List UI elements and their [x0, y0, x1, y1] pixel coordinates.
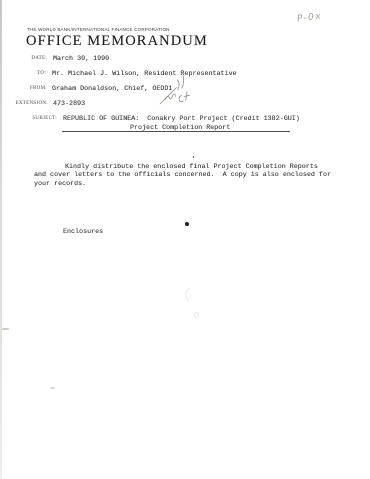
field-row-date: DATE: March 30, 1990: [0, 55, 370, 65]
scan-speck-artifact: [2, 328, 9, 330]
letterhead-org-line: THE WORLD BANK/INTERNATIONAL FINANCE COR…: [27, 27, 170, 32]
to-value: Mr. Michael J. Wilson, Resident Represen…: [52, 70, 237, 78]
memo-scan-page: THE WORLD BANK/INTERNATIONAL FINANCE COR…: [0, 0, 370, 479]
enclosures-label: Enclosures: [63, 228, 103, 236]
subject-underline: [62, 131, 290, 132]
date-label: DATE:: [0, 56, 47, 61]
extension-label: EXTENSION:: [0, 101, 48, 106]
from-label: FROM:: [0, 86, 47, 91]
from-value: Graham Donaldson, Chief, OEDD1: [52, 85, 172, 93]
subject-label: SUBJECT:: [0, 116, 57, 121]
field-row-extension: EXTENSION: 473-2893: [0, 100, 370, 110]
field-row-from: FROM: Graham Donaldson, Chief, OEDD1: [0, 85, 370, 95]
subject-value-line1: REPUBLIC OF GUINEA: Conakry Port Project…: [63, 115, 300, 123]
date-value: March 30, 1990: [53, 55, 109, 63]
body-line: Kindly distribute the enclosed final Pro…: [34, 163, 349, 172]
memo-body-paragraph: Kindly distribute the enclosed final Pro…: [34, 163, 349, 189]
extension-value: 473-2893: [53, 100, 85, 108]
body-line: and cover letters to the officials conce…: [34, 171, 349, 180]
stray-mark-artifact: [193, 156, 194, 158]
handwritten-note-top-right: P-0x: [296, 11, 322, 24]
ink-blot-artifact: [185, 222, 189, 226]
to-label: TO:: [0, 71, 46, 76]
field-row-to: TO: Mr. Michael J. Wilson, Resident Repr…: [0, 70, 370, 80]
body-line: your records.: [34, 180, 349, 189]
memo-title: OFFICE MEMORANDUM: [26, 33, 208, 50]
scan-speck-artifact: [50, 387, 55, 389]
